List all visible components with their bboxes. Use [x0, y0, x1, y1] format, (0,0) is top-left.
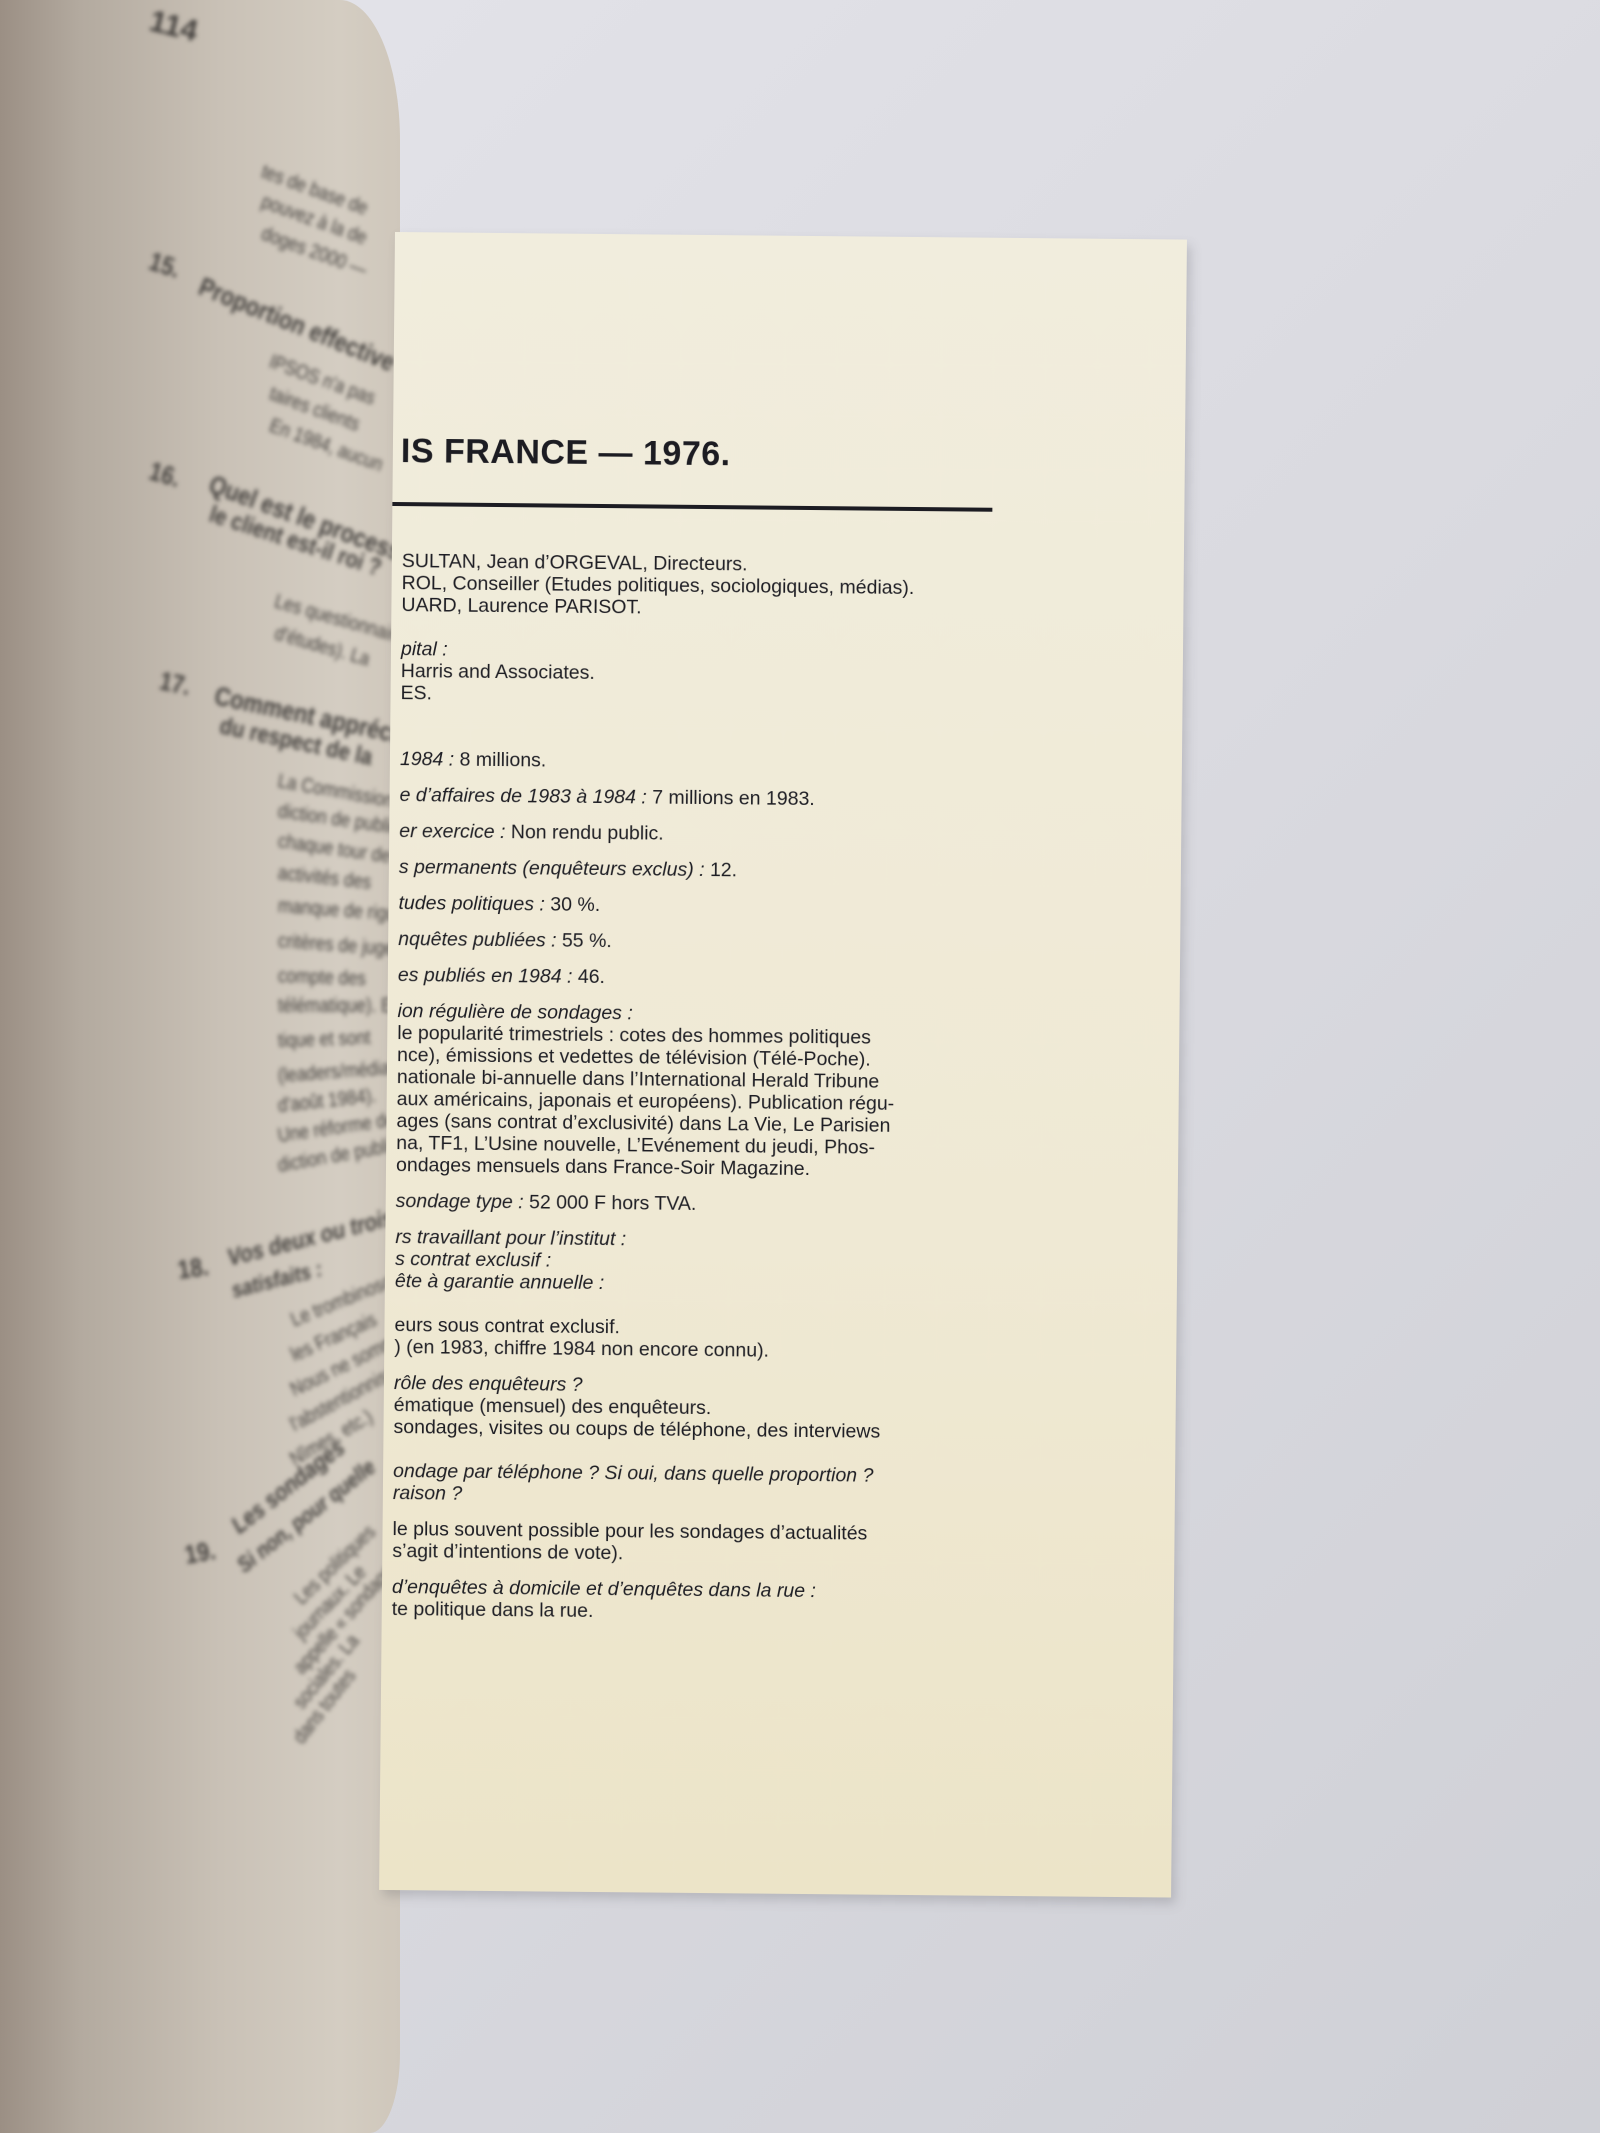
left-page-curled: 114 tes de base depouvez à la dedoges 20…	[0, 0, 400, 2133]
blurred-text-fragment: 15.	[145, 246, 184, 285]
line-gap	[400, 704, 1170, 755]
blurred-text-fragment: critères de jugement	[277, 930, 400, 964]
field-label: sondage type :	[396, 1190, 524, 1213]
field-label: s permanents (enquêteurs exclus) :	[399, 856, 705, 881]
blurred-text-fragment: compte des	[278, 965, 367, 991]
blurred-text-fragment: activités des	[277, 862, 372, 895]
field-value: 12.	[704, 859, 737, 881]
blurred-text-fragment: 18.	[176, 1251, 211, 1286]
section-heading: IS FRANCE — 1976.	[401, 432, 731, 474]
field-label: e d’affaires de 1983 à 1984 :	[399, 784, 646, 808]
page-body-text: SULTAN, Jean d’ORGEVAL, Directeurs.ROL, …	[392, 550, 1172, 1627]
blurred-text-fragment: télématique). Enfin	[278, 995, 400, 1018]
field-value: 7 millions en 1983.	[647, 786, 815, 810]
field-label: er exercice :	[399, 820, 505, 843]
blurred-text-fragment: 17.	[157, 665, 194, 702]
left-page-blurred-text: 114 tes de base depouvez à la dedoges 20…	[0, 0, 400, 2133]
heading-rule	[392, 502, 992, 512]
field-label: nquêtes publiées :	[398, 928, 557, 952]
field-label: tudes politiques :	[398, 892, 545, 915]
field-label: es publiés en 1984 :	[398, 964, 573, 988]
blurred-text-fragment: 19.	[182, 1535, 218, 1571]
blurred-text-fragment: 16.	[146, 456, 184, 494]
blurred-text-fragment: manque de rigueur	[277, 895, 400, 928]
field-value: 30 %.	[545, 893, 601, 916]
field-value: 46.	[572, 966, 605, 988]
field-value: Non rendu public.	[505, 821, 663, 845]
page-number: 114	[146, 5, 201, 50]
right-page: IS FRANCE — 1976. SULTAN, Jean d’ORGEVAL…	[379, 232, 1187, 1898]
blurred-text-fragment: tique et sont	[278, 1027, 371, 1053]
field-value: 52 000 F hors TVA.	[524, 1191, 697, 1215]
field-label: 1984 :	[400, 748, 454, 771]
field-value: 55 %.	[556, 930, 612, 953]
blurred-text-fragment: (leaders/médias	[277, 1057, 399, 1088]
field-value: 8 millions.	[454, 749, 546, 772]
